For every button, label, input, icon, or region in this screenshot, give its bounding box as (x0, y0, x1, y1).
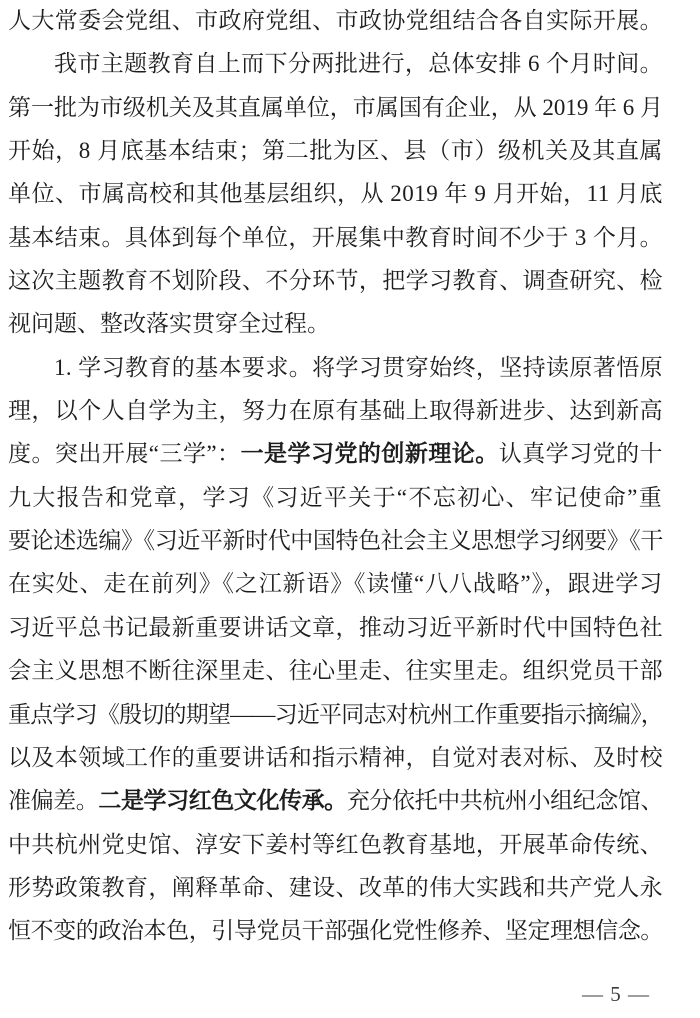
text-run: 人大常委会党组、市政府党组、市政协党组结合各自实际开展。 (8, 8, 663, 33)
text-line: 九大报告和党章，学习《习近平关于“不忘初心、牢记使命”重 (8, 476, 663, 519)
text-run: 恒不变的政治本色，引导党员干部强化党性修养、坚定理想信念。 (8, 918, 663, 943)
text-line: 中共杭州党史馆、淳安下姜村等红色教育基地，开展革命传统、 (8, 823, 663, 866)
text-run: 九大报告和党章，学习《习近平关于“不忘初心、牢记使命”重 (8, 485, 663, 510)
text-run-bold: 二是学习红色文化传承。 (98, 788, 346, 813)
text-run: 重点学习《殷切的期望——习近平同志对杭州工作重要指示摘编》， (8, 702, 663, 727)
text-line: 1. 学习教育的基本要求。将学习贯穿始终，坚持读原著悟原 (8, 346, 663, 389)
text-run-kaiti: 1. 学习教育的基本要求。 (54, 355, 312, 380)
text-line: 开始，8 月底基本结束；第二批为区、县（市）级机关及其直属 (8, 129, 663, 172)
document-page: 人大常委会党组、市政府党组、市政协党组结合各自实际开展。我市主题教育自上而下分两… (0, 0, 700, 1018)
text-line: 恒不变的政治本色，引导党员干部强化党性修养、坚定理想信念。 (8, 909, 663, 952)
text-line: 以及本领域工作的重要讲话和指示精神，自觉对表对标、及时校 (8, 736, 663, 779)
text-run: 视问题、整改落实贯穿全过程。 (8, 311, 330, 336)
text-line: 这次主题教育不划阶段、不分环节，把学习教育、调查研究、检 (8, 259, 663, 302)
text-run: 基本结束。具体到每个单位，开展集中教育时间不少于 3 个月。 (8, 225, 663, 250)
text-line: 要论述选编》《习近平新时代中国特色社会主义思想学习纲要》《干 (8, 519, 663, 562)
text-line: 单位、市属高校和其他基层组织，从 2019 年 9 月开始，11 月底 (8, 172, 663, 215)
text-run: 以及本领域工作的重要讲话和指示精神，自觉对表对标、及时校 (8, 745, 663, 770)
text-run: 形势政策教育，阐释革命、建设、改革的伟大实践和共产党人永 (8, 875, 663, 900)
text-run: 会主义思想不断往深里走、往心里走、往实里走。组织党员干部 (8, 658, 663, 683)
document-body: 人大常委会党组、市政府党组、市政协党组结合各自实际开展。我市主题教育自上而下分两… (8, 0, 663, 953)
text-run-bold: 一是学习党的创新理论。 (241, 441, 499, 466)
text-run: 这次主题教育不划阶段、不分环节，把学习教育、调查研究、检 (8, 268, 663, 293)
text-run: 准偏差。 (8, 788, 98, 813)
page-number: — 5 — (582, 982, 650, 1006)
text-run: 我市主题教育自上而下分两批进行，总体安排 6 个月时间。 (54, 51, 663, 76)
text-run: 度。突出开展“三学”： (8, 441, 241, 466)
text-line: 视问题、整改落实贯穿全过程。 (8, 302, 663, 345)
text-run: 要论述选编》《习近平新时代中国特色社会主义思想学习纲要》《干 (8, 528, 663, 553)
text-line: 准偏差。二是学习红色文化传承。充分依托中共杭州小组纪念馆、 (8, 779, 663, 822)
text-line: 基本结束。具体到每个单位，开展集中教育时间不少于 3 个月。 (8, 216, 663, 259)
text-run: 将学习贯穿始终，坚持读原著悟原 (312, 355, 663, 380)
text-line: 我市主题教育自上而下分两批进行，总体安排 6 个月时间。 (8, 42, 663, 85)
text-run: 理，以个人自学为主，努力在原有基础上取得新进步、达到新高 (8, 398, 663, 423)
text-line: 理，以个人自学为主，努力在原有基础上取得新进步、达到新高 (8, 389, 663, 432)
text-line: 度。突出开展“三学”：一是学习党的创新理论。认真学习党的十 (8, 432, 663, 475)
text-run: 开始，8 月底基本结束；第二批为区、县（市）级机关及其直属 (8, 138, 663, 163)
text-line: 第一批为市级机关及其直属单位，市属国有企业，从 2019 年 6 月 (8, 86, 663, 129)
text-line: 重点学习《殷切的期望——习近平同志对杭州工作重要指示摘编》， (8, 693, 663, 736)
text-run: 认真学习党的十 (499, 441, 663, 466)
text-run: 充分依托中共杭州小组纪念馆、 (347, 788, 663, 813)
text-run: 习近平总书记最新重要讲话文章，推动习近平新时代中国特色社 (8, 615, 663, 640)
text-run: 第一批为市级机关及其直属单位，市属国有企业，从 2019 年 6 月 (8, 95, 663, 120)
text-line: 习近平总书记最新重要讲话文章，推动习近平新时代中国特色社 (8, 606, 663, 649)
text-line: 会主义思想不断往深里走、往心里走、往实里走。组织党员干部 (8, 649, 663, 692)
text-run: 在实处、走在前列》《之江新语》《读懂“八八战略”》，跟进学习 (8, 571, 663, 596)
text-line: 人大常委会党组、市政府党组、市政协党组结合各自实际开展。 (8, 0, 663, 42)
text-run: 中共杭州党史馆、淳安下姜村等红色教育基地，开展革命传统、 (8, 832, 663, 857)
text-line: 形势政策教育，阐释革命、建设、改革的伟大实践和共产党人永 (8, 866, 663, 909)
text-run: 单位、市属高校和其他基层组织，从 2019 年 9 月开始，11 月底 (8, 181, 663, 206)
text-line: 在实处、走在前列》《之江新语》《读懂“八八战略”》，跟进学习 (8, 562, 663, 605)
